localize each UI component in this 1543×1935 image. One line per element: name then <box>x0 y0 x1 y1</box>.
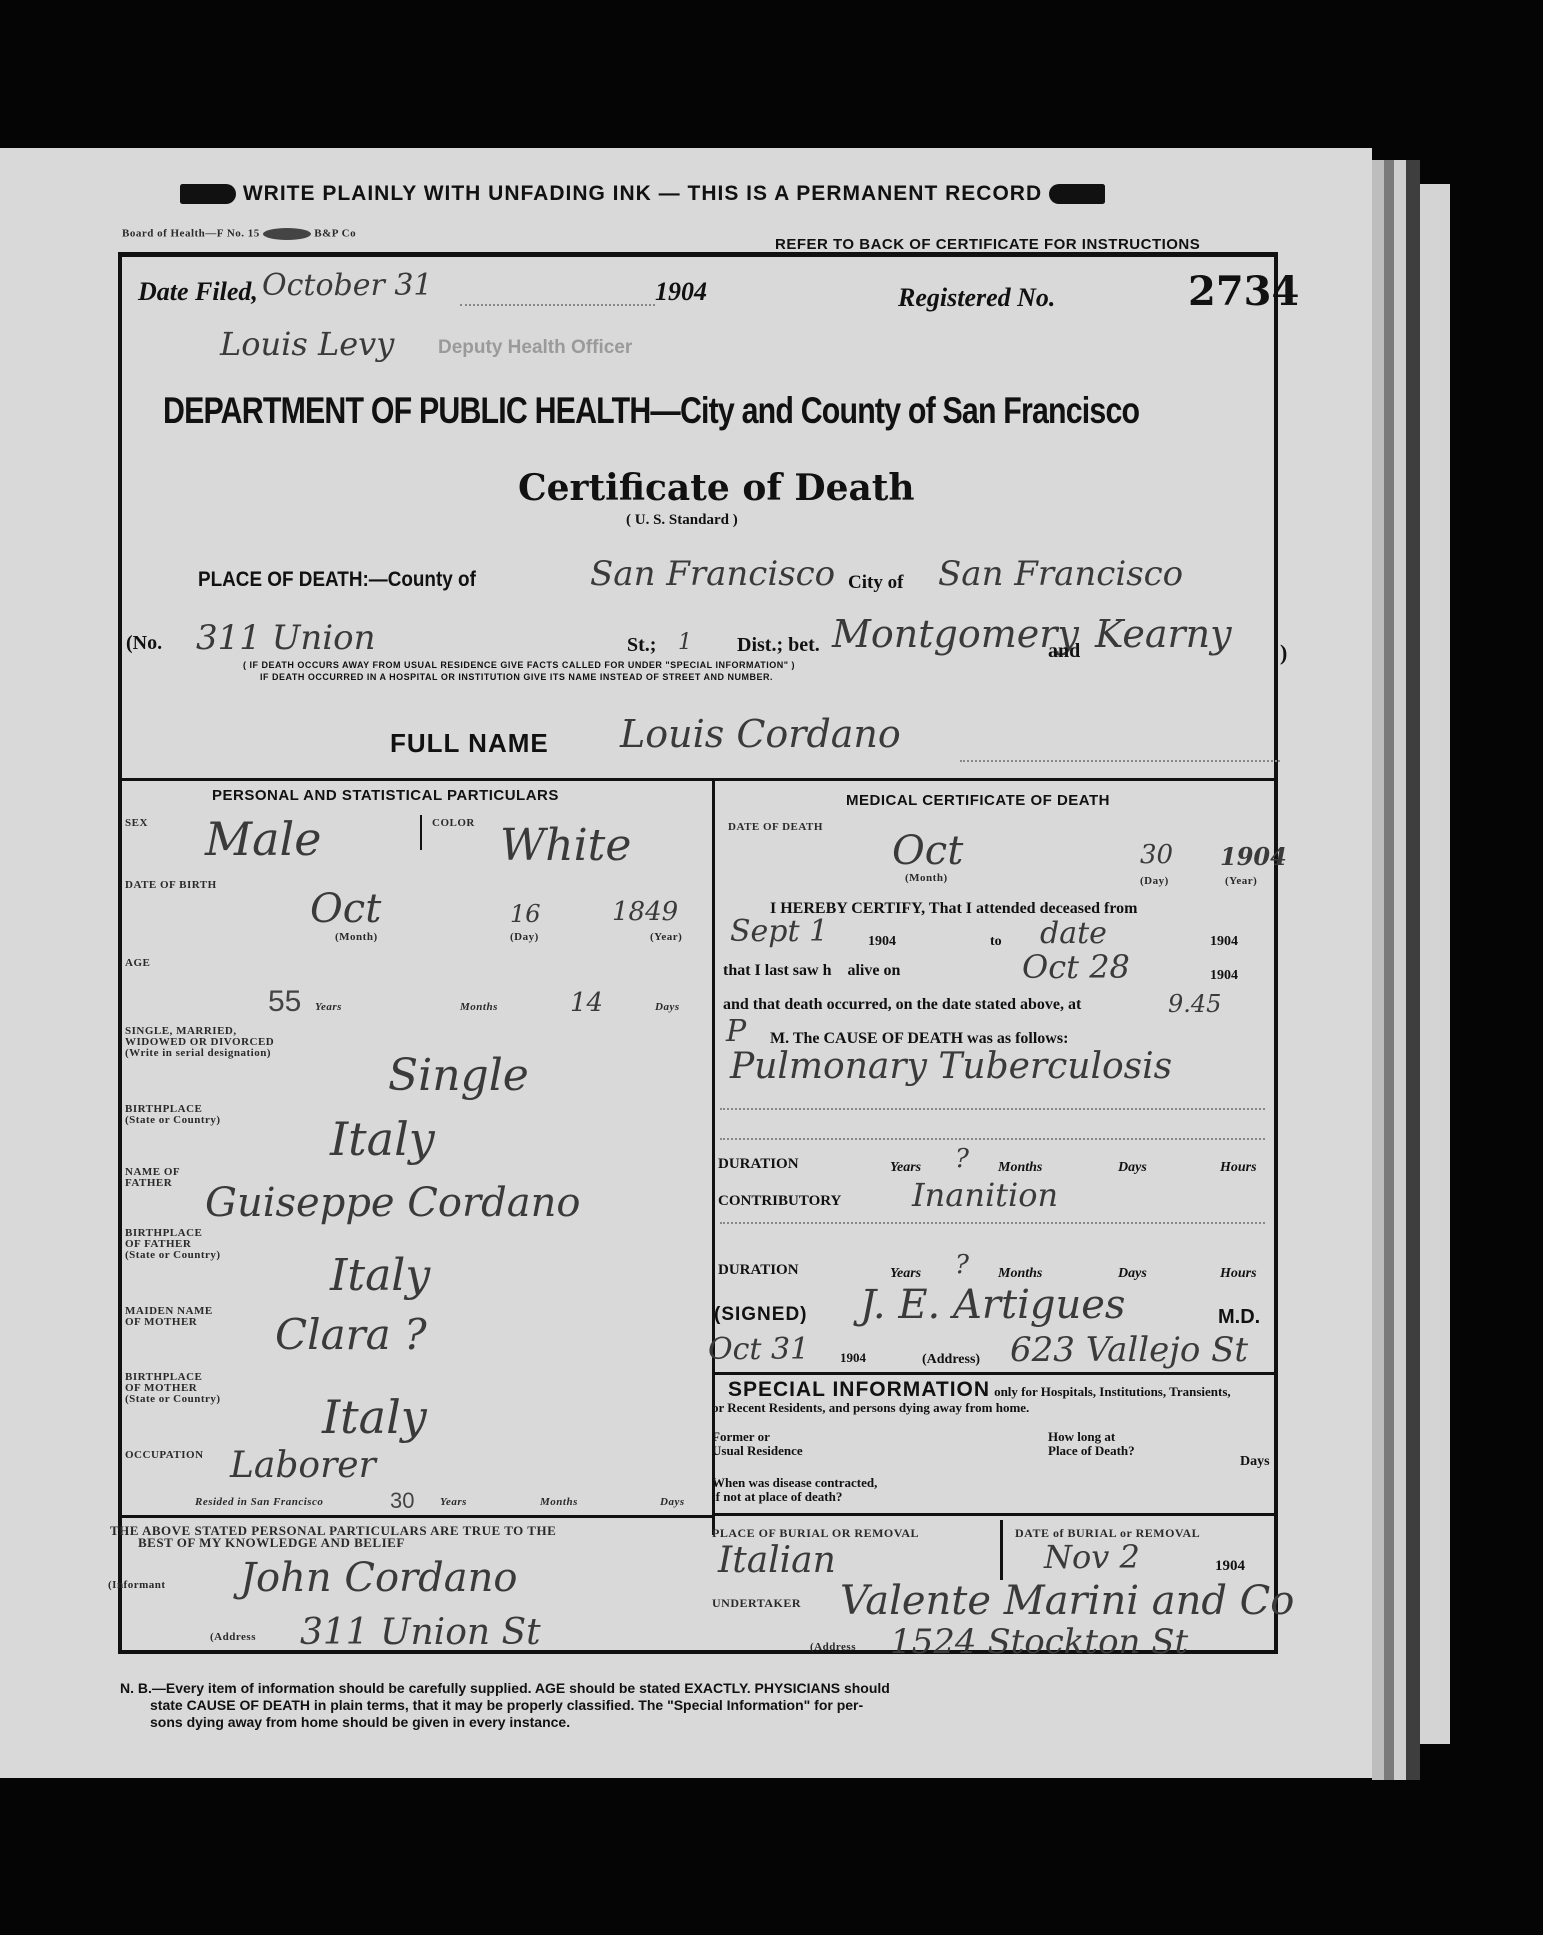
mother-label-2: OF MOTHER <box>125 1317 197 1328</box>
between-street-2: Kearny <box>1095 612 1232 656</box>
duration2-label: DURATION <box>718 1262 799 1279</box>
page-edge <box>1394 160 1406 1780</box>
month-caption: (Month) <box>335 932 378 943</box>
date-filed-value: October 31 <box>262 268 433 303</box>
city-value: San Francisco <box>938 554 1183 594</box>
duration2-months-caption: Months <box>998 1266 1042 1282</box>
years-caption: Years <box>315 1002 342 1013</box>
footnote-line-2: state CAUSE OF DEATH in plain terms, tha… <box>150 1697 863 1714</box>
signed-year: 1904 <box>840 1350 866 1366</box>
county-value: San Francisco <box>590 554 835 594</box>
street-no-label: (No. <box>126 632 162 655</box>
dod-day-caption: (Day) <box>1140 876 1169 887</box>
undertaker-label: UNDERTAKER <box>712 1598 801 1609</box>
md-label: M.D. <box>1218 1306 1260 1329</box>
birthplace-label-2: (State or Country) <box>125 1115 221 1126</box>
form-id: Board of Health—F No. 15 B&P Co <box>122 228 356 240</box>
last-saw-year: 1904 <box>1210 968 1238 984</box>
registered-number: 2734 <box>1188 268 1299 315</box>
close-paren: ) <box>1280 640 1287 666</box>
page-edge <box>1372 160 1384 1780</box>
street-address-value: 311 Union <box>196 618 376 658</box>
father-name: Guiseppe Cordano <box>205 1180 580 1226</box>
informant-label: (Informant <box>108 1580 166 1591</box>
attended-from: Sept 1 <box>730 914 828 949</box>
duration-years: ? <box>955 1144 969 1174</box>
marital-value: Single <box>388 1050 529 1101</box>
duration2-years-caption: Years <box>890 1266 921 1282</box>
duration-months-caption: Months <box>998 1160 1042 1176</box>
resided-days-caption: Days <box>660 1497 685 1508</box>
dod-day: 30 <box>1140 840 1173 870</box>
undertaker-name: Valente Marini and Co <box>840 1578 1294 1624</box>
am-pm: P <box>726 1014 746 1049</box>
cause-of-death: Pulmonary Tuberculosis <box>730 1046 1172 1087</box>
pointing-hand-icon <box>180 184 236 204</box>
dob-year: 1849 <box>612 897 678 927</box>
dod-year-caption: (Year) <box>1225 876 1257 887</box>
to-label: to <box>990 934 1002 950</box>
banner-top: WRITE PLAINLY WITH UNFADING INK — THIS I… <box>180 182 1105 206</box>
footnote-line-3: sons dying away from home should be give… <box>150 1714 570 1731</box>
district-value: 1 <box>678 630 692 655</box>
full-name-label: FULL NAME <box>390 728 549 759</box>
dob-day: 16 <box>510 900 541 928</box>
physician-signature: J. E. Artigues <box>860 1282 1125 1328</box>
footnote-line-1: N. B.—Every item of information should b… <box>120 1680 890 1697</box>
place-of-death-label: PLACE OF DEATH:—County of <box>198 568 476 592</box>
union-seal-icon <box>263 228 311 240</box>
duration-hours-caption: Hours <box>1220 1160 1257 1176</box>
certificate-subtitle: ( U. S. Standard ) <box>626 512 738 529</box>
dod-year: 1904 <box>1220 842 1287 871</box>
residence-note-1: ( IF DEATH OCCURS AWAY FROM USUAL RESIDE… <box>243 660 795 671</box>
burial-place-label: PLACE OF BURIAL OR REMOVAL <box>712 1528 919 1539</box>
how-long-label: How long atPlace of Death? <box>1048 1430 1135 1458</box>
days-label: Days <box>1240 1454 1270 1470</box>
department-title: DEPARTMENT OF PUBLIC HEALTH—City and Cou… <box>163 390 1139 432</box>
attended-from-year: 1904 <box>868 934 896 950</box>
between-street-1: Montgomery <box>832 612 1079 656</box>
burial-date: Nov 2 <box>1044 1538 1140 1576</box>
color-value: White <box>500 820 631 871</box>
signed-label: (SIGNED) <box>714 1304 808 1326</box>
color-label: COLOR <box>432 818 475 829</box>
undertaker-address-label: (Address <box>810 1642 856 1653</box>
last-saw-label: that I last saw h alive on <box>723 962 900 980</box>
age-label: AGE <box>125 958 150 969</box>
birthplace-value: Italy <box>330 1112 435 1166</box>
informant-address-label: (Address <box>210 1632 256 1643</box>
duration-label: DURATION <box>718 1156 799 1173</box>
district-label: Dist.; bet. <box>737 634 820 657</box>
physician-address: 623 Vallejo St <box>1010 1330 1248 1370</box>
father-bp-label-3: (State or Country) <box>125 1250 221 1261</box>
date-filed-year: 1904 <box>655 277 707 307</box>
duration2-hours-caption: Hours <box>1220 1266 1257 1282</box>
column-divider <box>712 780 715 1535</box>
contributory-label: CONTRIBUTORY <box>718 1193 841 1210</box>
certificate-title: Certificate of Death <box>518 467 915 509</box>
contributory-cause: Inanition <box>912 1176 1058 1214</box>
personal-heading: PERSONAL AND STATISTICAL PARTICULARS <box>212 787 559 804</box>
instructions-note: REFER TO BACK OF CERTIFICATE FOR INSTRUC… <box>775 236 1200 253</box>
date-of-birth-label: DATE OF BIRTH <box>125 880 217 891</box>
city-label: City of <box>848 572 903 594</box>
months-caption: Months <box>460 1002 498 1013</box>
sex-value: Male <box>205 812 321 866</box>
informant-name: John Cordano <box>240 1555 517 1601</box>
time-of-death: 9.45 <box>1168 990 1221 1018</box>
year-caption: (Year) <box>650 932 682 943</box>
occupation-value: Laborer <box>230 1445 376 1486</box>
day-caption: (Day) <box>510 932 539 943</box>
page-edge <box>1384 160 1394 1780</box>
officer-signature: Louis Levy <box>220 325 394 363</box>
duration2-days-caption: Days <box>1118 1266 1147 1282</box>
days-caption: Days <box>655 1002 680 1013</box>
and-label: and <box>1048 640 1080 663</box>
undertaker-address: 1524 Stockton St <box>890 1622 1188 1662</box>
duration2-years: ? <box>955 1250 969 1280</box>
pointing-hand-icon <box>1049 184 1105 204</box>
dod-month-caption: (Month) <box>905 873 948 884</box>
date-filed-label: Date Filed, <box>138 277 258 307</box>
mother-bp-label-3: (State or Country) <box>125 1394 221 1405</box>
marital-label-3: (Write in serial designation) <box>125 1048 271 1059</box>
mother-name: Clara ? <box>275 1310 427 1359</box>
medical-heading: MEDICAL CERTIFICATE OF DEATH <box>846 792 1110 809</box>
dob-month: Oct <box>310 886 381 932</box>
age-days: 14 <box>570 988 603 1018</box>
full-name-value: Louis Cordano <box>620 712 901 756</box>
occupation-label: OCCUPATION <box>125 1450 204 1461</box>
resided-years: 30 <box>390 1488 414 1514</box>
informant-statement-2: BEST OF MY KNOWLEDGE AND BELIEF <box>138 1537 405 1548</box>
page-edge <box>1420 184 1450 1744</box>
sex-label: SEX <box>125 818 148 829</box>
residence-note-2: IF DEATH OCCURRED IN A HOSPITAL OR INSTI… <box>260 672 773 683</box>
attended-to: date <box>1040 916 1107 951</box>
signed-date: Oct 31 <box>708 1332 809 1367</box>
resided-label: Resided in San Francisco <box>195 1497 323 1508</box>
father-label-2: FATHER <box>125 1178 172 1189</box>
father-birthplace: Italy <box>330 1250 430 1301</box>
special-info-heading: SPECIAL INFORMATION only for Hospitals, … <box>728 1378 1231 1402</box>
attended-to-year: 1904 <box>1210 934 1238 950</box>
registered-label: Registered No. <box>898 283 1055 313</box>
former-residence-label: Former orUsual Residence <box>712 1430 803 1458</box>
resided-months-caption: Months <box>540 1497 578 1508</box>
officer-title: Deputy Health Officer <box>438 337 632 359</box>
duration-days-caption: Days <box>1118 1160 1147 1176</box>
mother-birthplace: Italy <box>322 1390 427 1444</box>
last-saw-date: Oct 28 <box>1022 948 1130 986</box>
physician-address-label: (Address) <box>922 1352 980 1368</box>
age-years: 55 <box>268 985 301 1019</box>
informant-address: 311 Union St <box>300 1612 541 1653</box>
page-edge <box>1406 160 1420 1780</box>
date-of-death-label: DATE OF DEATH <box>728 822 823 833</box>
duration-years-caption: Years <box>890 1160 921 1176</box>
dod-month: Oct <box>892 828 963 874</box>
occurred-text: and that death occurred, on the date sta… <box>723 996 1081 1014</box>
special-info-heading-2: or Recent Residents, and persons dying a… <box>712 1400 1029 1416</box>
burial-place: Italian <box>718 1540 836 1581</box>
street-label: St.; <box>627 634 656 657</box>
resided-years-caption: Years <box>440 1497 467 1508</box>
divider <box>118 778 1278 781</box>
burial-year: 1904 <box>1215 1558 1245 1575</box>
contracted-label: When was disease contracted,if not at pl… <box>712 1476 877 1504</box>
